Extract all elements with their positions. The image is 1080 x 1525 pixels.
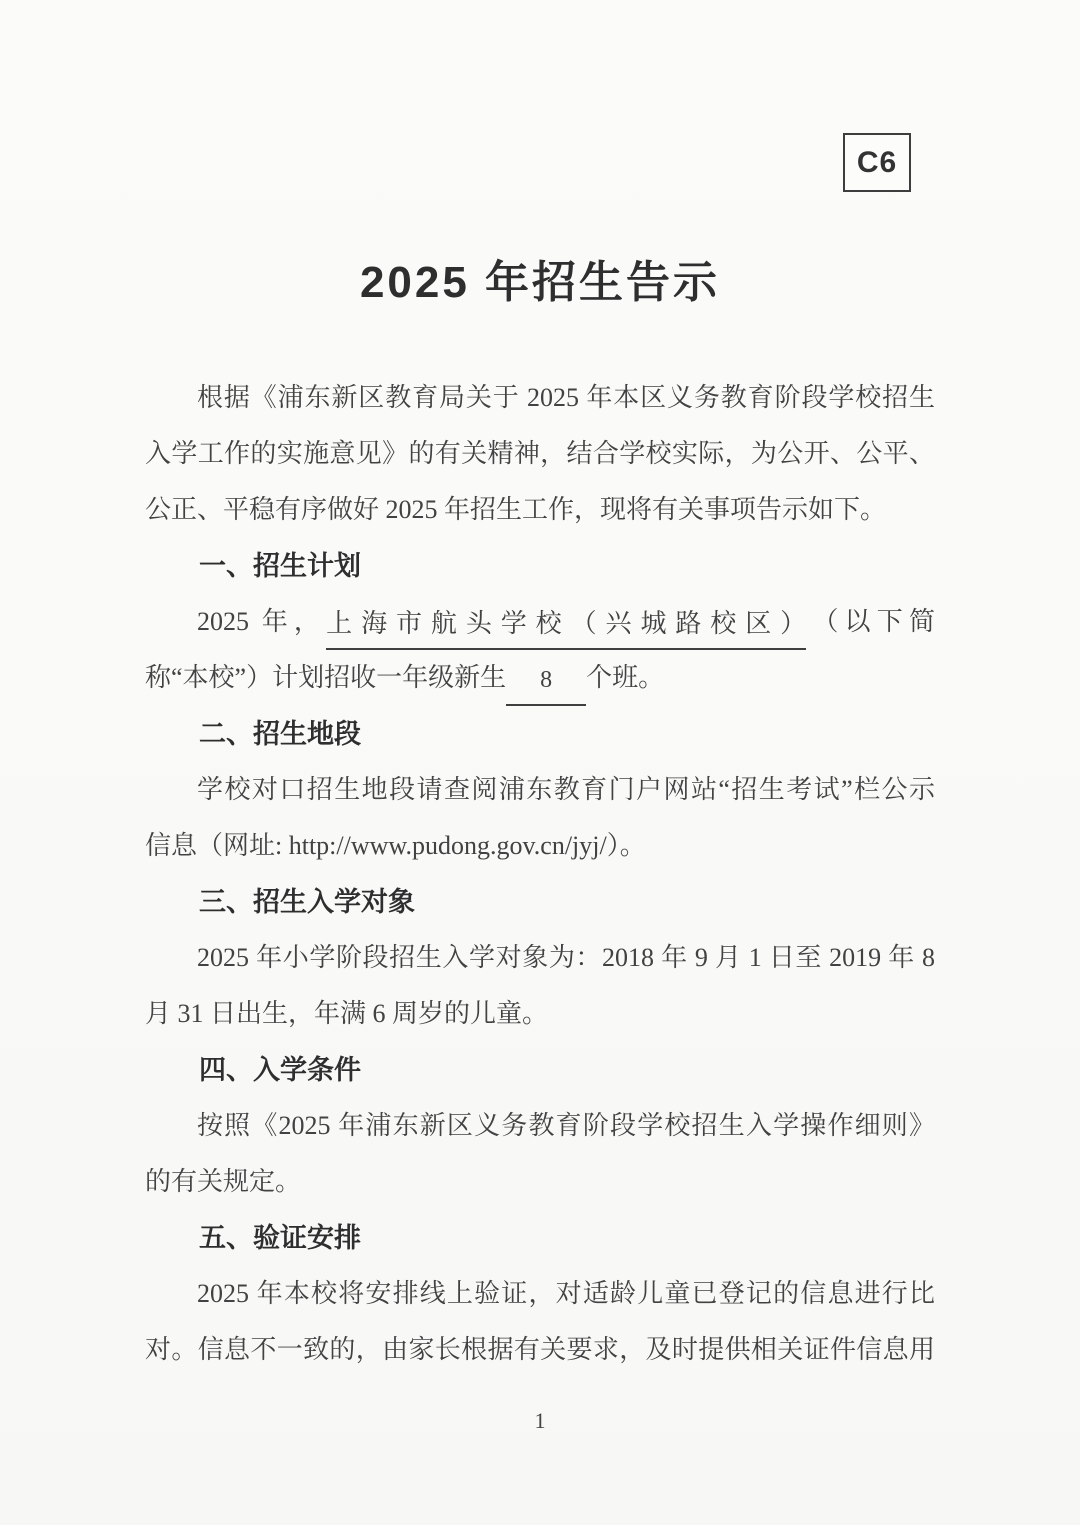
conditions-line-2: 的有关规定。 <box>145 1154 935 1210</box>
intro-line-1: 根据《浦东新区教育局关于 2025 年本区义务教育阶段学校招生 <box>145 370 935 426</box>
enrollment-plan-line-1: 2025 年，上海市航头学校（兴城路校区）（以下简 <box>145 594 935 650</box>
verification-line-2: 对。信息不一致的，由家长根据有关要求，及时提供相关证件信息用 <box>145 1322 935 1378</box>
school-name-blank: 上海市航头学校（兴城路校区） <box>326 600 806 650</box>
document-body: 根据《浦东新区教育局关于 2025 年本区义务教育阶段学校招生 入学工作的实施意… <box>145 370 935 1378</box>
enrollment-plan-line-2: 称“本校”）计划招收一年级新生8个班。 <box>145 650 935 706</box>
school-name: 上海市航头学校（兴城路校区） <box>326 609 806 638</box>
document-page: C6 2025 年招生告示 根据《浦东新区教育局关于 2025 年本区义务教育阶… <box>0 0 1080 1525</box>
doc-code-label: C6 <box>857 146 897 180</box>
enrollment-line2-prefix: 称“本校”）计划招收一年级新生 <box>145 663 506 692</box>
page-title: 2025 年招生告示 <box>0 246 1080 310</box>
enrollment-after-blank: （以下简 <box>806 607 935 636</box>
conditions-line-1: 按照《2025 年浦东新区义务教育阶段学校招生入学操作细则》 <box>145 1098 935 1154</box>
doc-code-box: C6 <box>843 133 911 192</box>
section-heading-district: 二、招生地段 <box>145 706 935 762</box>
enrollment-line2-suffix: 个班。 <box>586 663 664 692</box>
eligibility-line-2: 月 31 日出生，年满 6 周岁的儿童。 <box>145 986 935 1042</box>
section-heading-conditions: 四、入学条件 <box>145 1042 935 1098</box>
verification-line-1: 2025 年本校将安排线上验证，对适龄儿童已登记的信息进行比 <box>145 1266 935 1322</box>
section-heading-eligibility: 三、招生入学对象 <box>145 874 935 930</box>
enrollment-prefix: 2025 年， <box>197 607 326 636</box>
section-heading-enrollment-plan: 一、招生计划 <box>145 538 935 594</box>
eligibility-line-1: 2025 年小学阶段招生入学对象为：2018 年 9 月 1 日至 2019 年… <box>145 930 935 986</box>
intro-line-2: 入学工作的实施意见》的有关精神，结合学校实际，为公开、公平、 <box>145 426 935 482</box>
page-number: 1 <box>0 1408 1080 1434</box>
class-count-blank: 8 <box>506 656 586 706</box>
district-line-1: 学校对口招生地段请查阅浦东教育门户网站“招生考试”栏公示 <box>145 762 935 818</box>
intro-line-3: 公正、平稳有序做好 2025 年招生工作，现将有关事项告示如下。 <box>145 482 935 538</box>
section-heading-verification: 五、验证安排 <box>145 1210 935 1266</box>
district-line-2: 信息（网址: http://www.pudong.gov.cn/jyj/）。 <box>145 818 935 874</box>
